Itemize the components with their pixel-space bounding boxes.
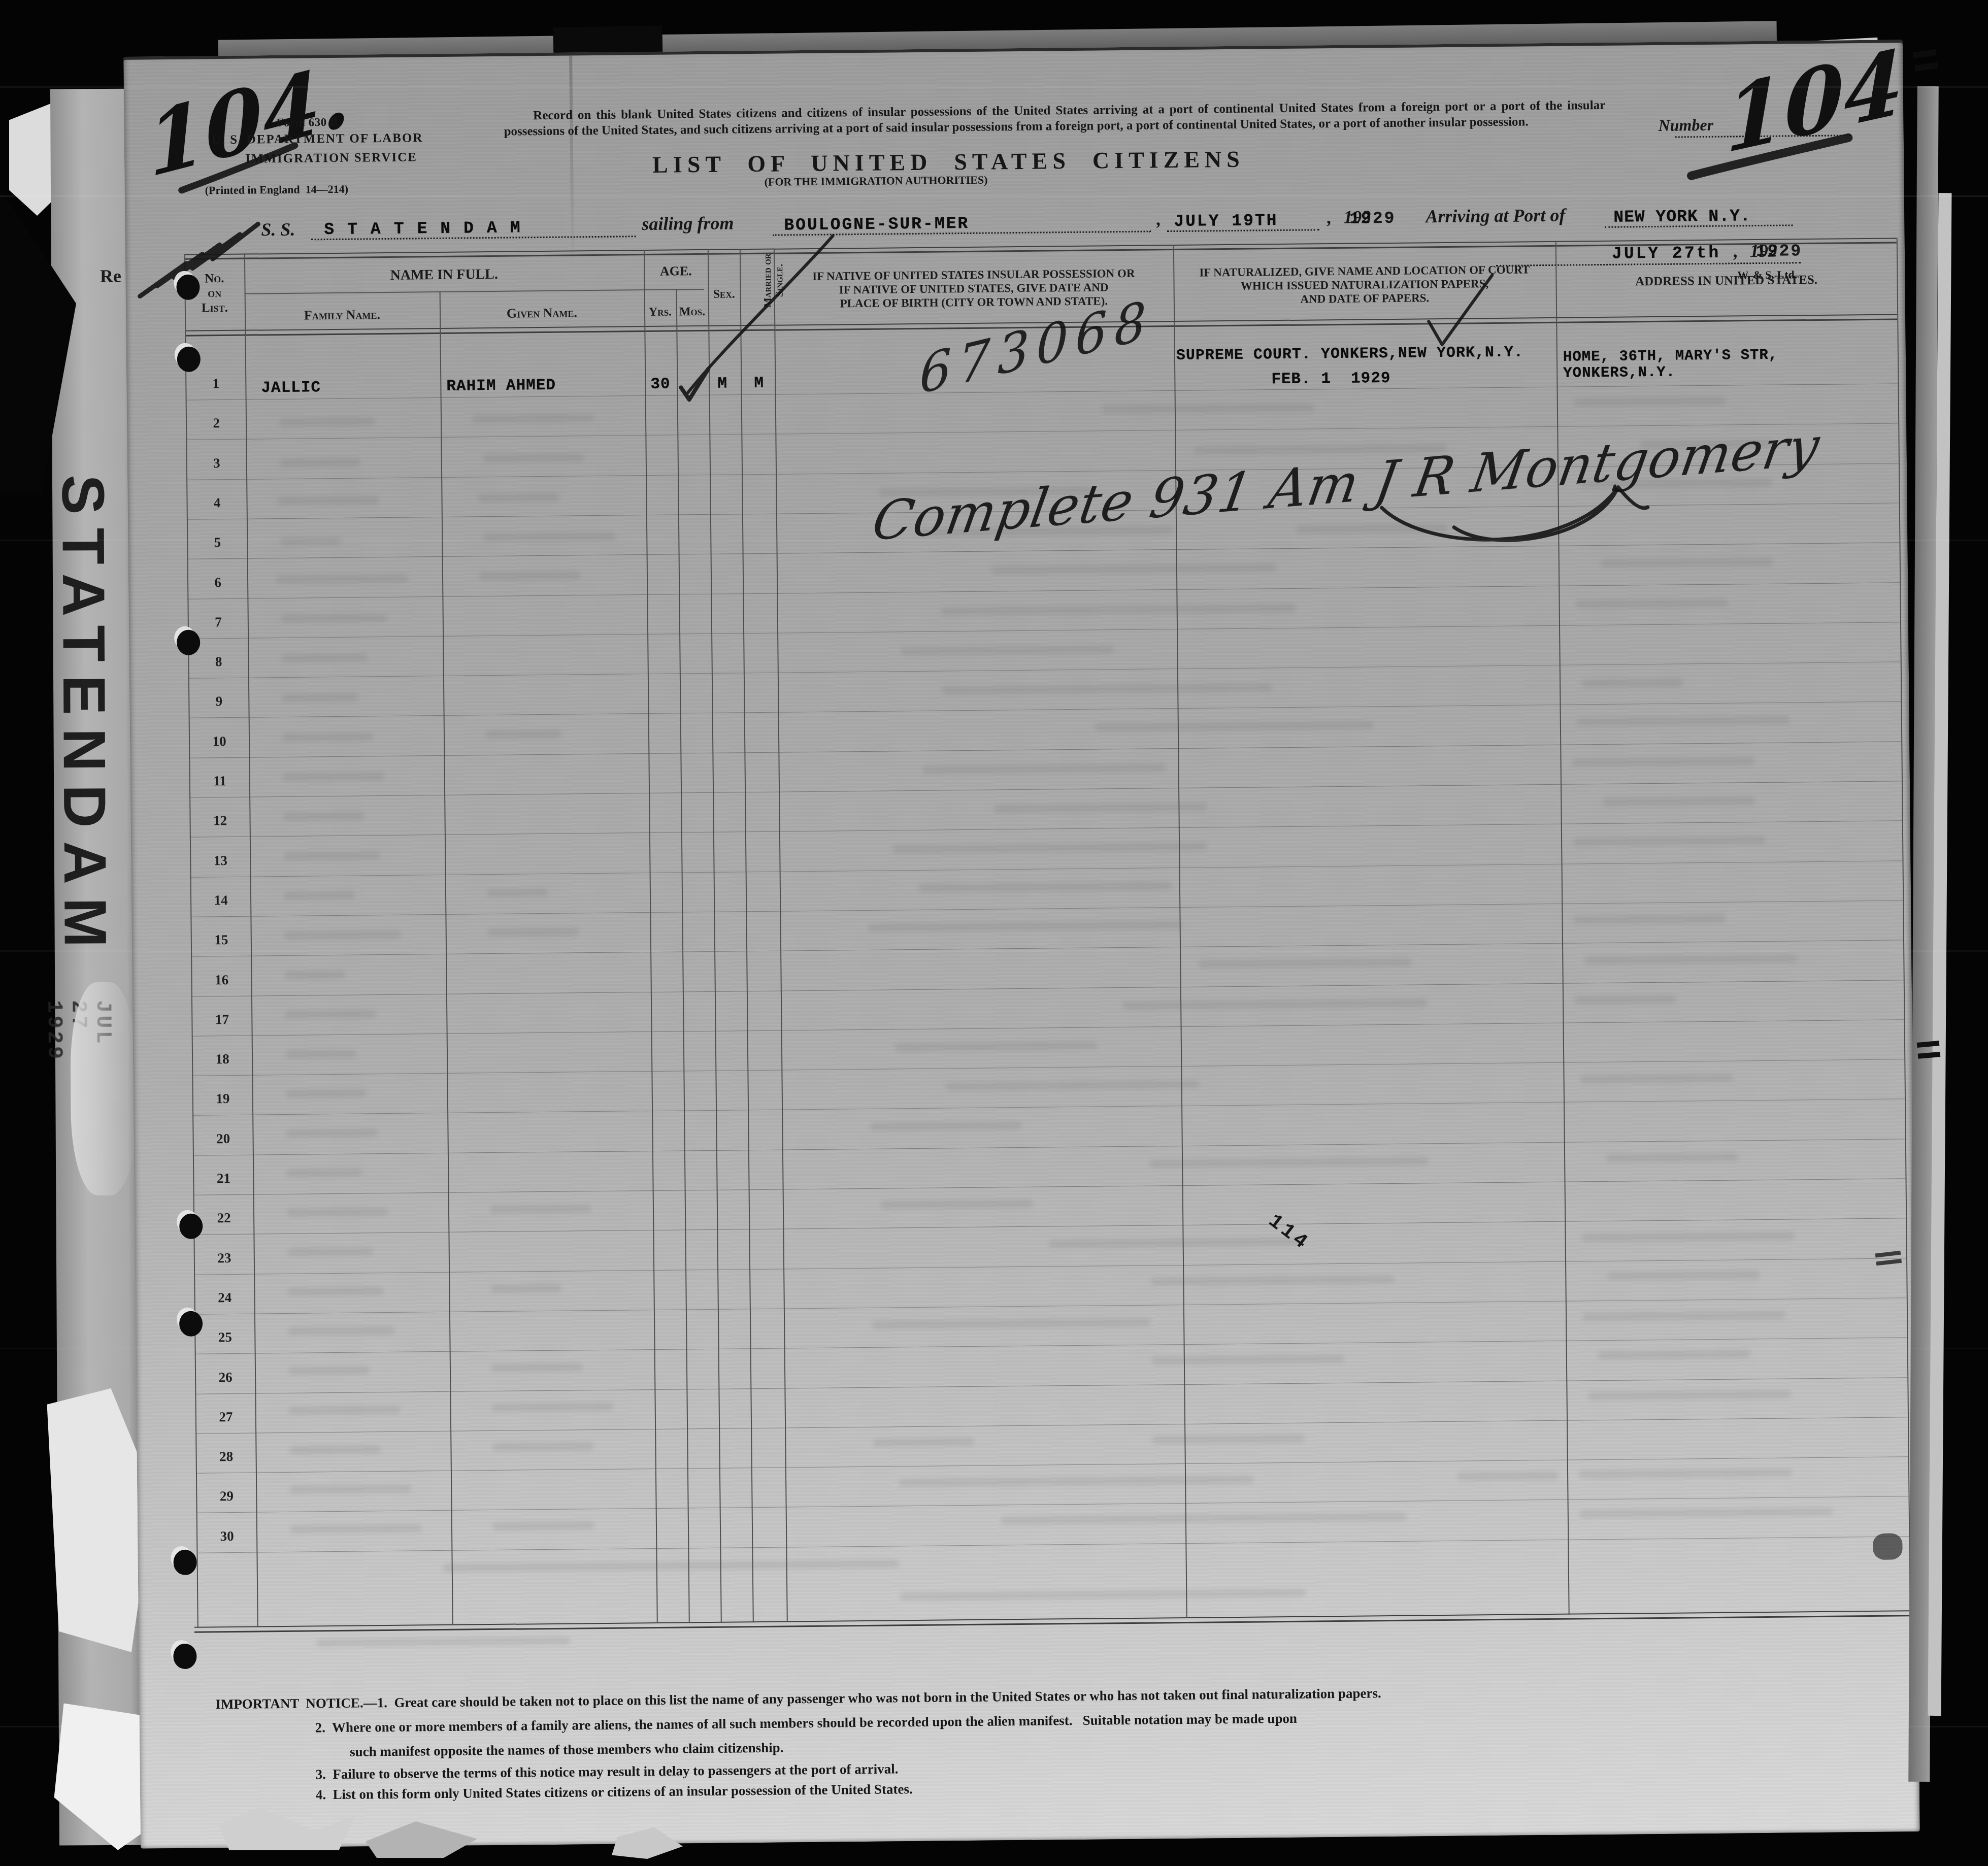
ghost-smudge [485,730,561,739]
ghost-smudge [282,732,374,742]
ghost-smudge [284,971,345,979]
ghost-smudge [941,604,1297,616]
edge-mark-double-bar [1875,1251,1901,1258]
ghost-smudge [899,1476,1254,1487]
ghost-smudge [286,1089,367,1098]
ghost-smudge [1588,1390,1792,1400]
ghost-smudge [285,1010,376,1019]
row-number: 26 [195,1369,256,1385]
inspector-note-text: Complete 931 Am [868,451,1364,553]
right-edge-double-bar-top [1912,49,1936,58]
ghost-smudge [490,1205,591,1214]
punch-hole-7 [173,1644,196,1669]
ghost-smudge [1049,1238,1303,1248]
ghost-smudge [493,1521,594,1530]
row-number: 5 [187,535,248,551]
punch-hole-5 [179,1311,203,1337]
row-number: 28 [195,1449,256,1465]
ghost-smudge [892,842,1207,853]
notice-line-5: 4. List on this form only United States … [316,1781,913,1803]
ghost-smudge [280,458,361,467]
ghost-smudge [1573,836,1766,846]
ghost-smudge [1149,1157,1429,1168]
ghost-smudge [870,1121,1022,1131]
ghost-smudge [1579,1508,1833,1518]
row-separator [193,1178,1906,1195]
scan-streak-3 [0,540,1988,541]
ghost-smudge [281,653,368,662]
ghost-smudge [284,930,401,940]
ghost-smudge [1606,1153,1738,1162]
ghost-smudge [1577,716,1790,726]
row-separator [191,980,1904,996]
row-separator [189,741,1901,758]
header-naturalization: IF NATURALIZED, GIVE NAME AND LOCATION O… [1179,262,1550,307]
ghost-smudge [1576,599,1728,609]
ghost-smudge [1152,1435,1304,1444]
scan-streak-2 [0,195,1988,197]
arrival-date: JULY 27th [1612,244,1721,263]
ghost-smudge [1582,1311,1785,1321]
ghost-smudge [280,537,341,546]
ghost-smudge [287,1208,388,1217]
ghost-smudge [1580,1074,1733,1084]
ghost-smudge [1603,796,1755,806]
row-number: 9 [188,693,249,710]
row-number: 10 [189,733,250,749]
header-yrs: Yrs. [644,305,676,319]
ghost-smudge [289,1485,411,1494]
ghost-smudge [942,683,1272,694]
ghost-smudge [894,1042,1098,1052]
row-separator [188,622,1900,639]
row1-naturalization-date: FEB. 1 1929 [1271,370,1391,388]
row-separator [191,940,1903,957]
row-separator [190,860,1903,877]
row-number: 29 [196,1488,257,1505]
row-number: 18 [192,1051,253,1068]
ghost-smudge [1581,678,1683,687]
ghost-smudge [288,1326,394,1336]
ghost-smudge [900,1589,1306,1601]
row-separator [195,1417,1908,1434]
ghost-smudge [868,921,1183,932]
ghost-smudge [492,1442,593,1451]
header-address: ADDRESS IN UNITED STATES. [1555,272,1897,289]
row-separator [189,781,1902,797]
row-number: 21 [193,1171,254,1187]
sailing-from-label: sailing from [642,212,734,235]
ghost-smudge [289,1406,401,1415]
ghost-smudge [290,1524,422,1533]
col-line-given-age [644,250,658,1623]
header-family-name: Family Name. [245,307,440,324]
ghost-smudge [287,1247,374,1256]
col-line-family-given [440,291,453,1625]
ghost-smudge [1574,995,1676,1005]
row1-age-yrs: 30 [650,376,671,393]
ghost-smudge [276,575,408,584]
ship-name: STATENDAM [324,218,534,239]
ghost-smudge [1457,1472,1559,1481]
ghost-smudge [881,1199,1033,1209]
row1-sex: M [717,375,727,393]
row-separator [190,821,1902,838]
scan-streak-6 [0,1726,1988,1727]
row-separator [190,900,1903,917]
col-line-mos-sex [708,249,722,1623]
ghost-smudge [1574,915,1726,924]
ghost-smudge [872,1318,1151,1329]
row-separator [193,1139,1905,1155]
row-number: 8 [188,654,249,670]
ghost-smudge [492,1403,614,1412]
row-number: 2 [186,415,247,431]
header-age: AGE. [644,263,708,279]
ghost-smudge [1150,1275,1394,1286]
arrival-port: NEW YORK N.Y. [1613,207,1751,227]
row-number: 12 [189,813,250,829]
ghost-smudge [993,803,1207,813]
ghost-smudge [487,927,579,937]
edge-mark-blob [1873,1533,1902,1560]
ghost-smudge [873,1438,974,1447]
ghost-smudge [286,1128,377,1138]
row-separator [196,1536,1909,1553]
ghost-smudge [1001,1513,1407,1525]
row-number: 15 [191,932,252,948]
ghost-smudge [289,1445,380,1454]
ghost-smudge [286,1168,362,1177]
col-line-right [1897,238,1911,1611]
ghost-smudge [281,614,388,623]
ghost-smudge [490,1284,561,1293]
row-number: 1 [185,376,246,392]
row-number: 6 [187,574,248,590]
stamp-114: 114 [1264,1210,1314,1255]
row-number: 11 [189,773,250,789]
row-number: 7 [188,614,249,630]
ghost-smudge [479,571,580,580]
ghost-smudge [284,891,355,900]
ghost-smudge [946,1080,1200,1091]
col-line-yrs-mos [676,289,690,1623]
scan-streak-5 [0,1348,1988,1349]
ghost-smudge [283,772,384,781]
service-name: IMMIGRATION SERVICE [245,150,417,166]
ghost-smudge [316,1637,570,1647]
row-separator [193,1218,1906,1235]
row1-given-name: RAHIM AHMED [446,377,556,395]
ghost-smudge [478,493,559,503]
photograph-background: Re STATENDAM JUL 27 1929 104. Form 630 B… [0,0,1988,1866]
number-label: Number [1658,116,1713,135]
punch-hole-2 [177,346,201,372]
row-separator [192,1099,1905,1116]
header-given-name: Given Name. [440,305,644,322]
row-number: 14 [190,892,251,908]
manifest-sheet: 104. Form 630 B U. S. DEPARTMENT OF LABO… [123,40,1920,1848]
form-instructions: Record on this blank United States citiz… [504,97,1605,140]
punch-hole-4 [179,1214,203,1239]
comma-2: , [1327,207,1332,228]
ghost-smudge [1582,1231,1795,1242]
notice-line-4: 3. Failure to observe the terms of this … [315,1761,898,1782]
row-number: 30 [196,1528,257,1544]
punch-hole-6 [173,1550,196,1575]
header-sex: Sex. [708,287,740,302]
arriving-label: Arriving at Port of [1426,205,1565,227]
notice-line-2: 2. Where one or more members of a family… [315,1711,1297,1736]
ghost-smudge [901,645,1114,655]
header-name-in-full: NAME IN FULL. [244,265,644,285]
row-number: 25 [194,1329,255,1346]
row-number: 16 [191,972,252,988]
ss-label: S. S. [261,219,295,241]
row1-married-or-single: M [754,375,764,392]
row-separator [192,1019,1904,1036]
ghost-smudge [283,851,380,860]
notice-line-3: such manifest opposite the names of thos… [350,1740,783,1760]
ghost-smudge [1572,757,1755,767]
ghost-smudge [1584,954,1797,964]
row-number: 4 [186,494,247,511]
row-number: 13 [190,852,251,869]
margin-text-fragment: Re [100,265,121,287]
ghost-smudge [1607,1271,1760,1280]
row-number: 23 [194,1250,255,1266]
ghost-smudge [1579,1468,1792,1478]
ghost-smudge [279,417,376,426]
ghost-smudge [487,888,548,897]
row-number: 17 [191,1011,252,1027]
row1-naturalization-court: SUPREME COURT. YONKERS,NEW YORK,N.Y. [1176,344,1523,364]
ghost-smudge [491,1363,583,1372]
punch-hole-3 [177,630,200,655]
ghost-smudge [1095,721,1374,731]
ghost-smudge [282,693,358,702]
col-line-sex-married [740,249,754,1622]
ghost-smudge [1122,998,1427,1010]
ghost-smudge [1598,1350,1750,1359]
ghost-smudge [483,453,584,462]
header-mos: Mos. [676,305,708,319]
departure-port: BOULOGNE-SUR-MER [784,214,969,235]
ghost-smudge [277,496,379,505]
handwritten-page-number-right: 104 [1725,29,1903,174]
notice-line-1: IMPORTANT NOTICE.—1. Great care should b… [215,1685,1381,1712]
ghost-smudge [922,763,1166,774]
row-number: 19 [192,1091,253,1107]
ghost-smudge [1198,958,1411,969]
ghost-smudge [472,414,594,423]
departure-year-typed: 1929 [1349,209,1396,228]
form-number: Form 630 B [276,116,338,129]
ghost-smudge [287,1287,384,1296]
ghost-smudge [283,812,364,821]
subheader-rule [245,289,704,294]
department-name: U. S. DEPARTMENT OF LABOR [212,131,423,147]
row-number: 20 [192,1130,253,1147]
departure-date: JULY 19TH [1174,211,1278,231]
ghost-smudge [1151,1355,1344,1365]
ghost-smudge [443,1559,900,1572]
row-number: 24 [194,1289,255,1306]
row-separator [188,661,1901,678]
scan-streak-4 [0,950,1988,952]
row-separator [192,1059,1904,1076]
scan-streak-1 [0,86,1988,88]
spine-ship-name: STATENDAM [48,475,120,961]
inspector-signature: J R Montgomery [1371,415,1825,513]
ghost-smudge [918,882,1172,892]
ghost-smudge [1601,558,1773,568]
row-separator [189,702,1901,718]
row-number: 27 [195,1409,256,1425]
row-number: 3 [186,455,247,471]
crumple-highlight [70,982,137,1196]
row1-family-name: JALLIC [261,379,321,397]
ghost-smudge [288,1366,370,1375]
punch-hole-1 [176,274,200,299]
ghost-smudge [285,1050,356,1058]
comma-1: , [1156,208,1161,229]
